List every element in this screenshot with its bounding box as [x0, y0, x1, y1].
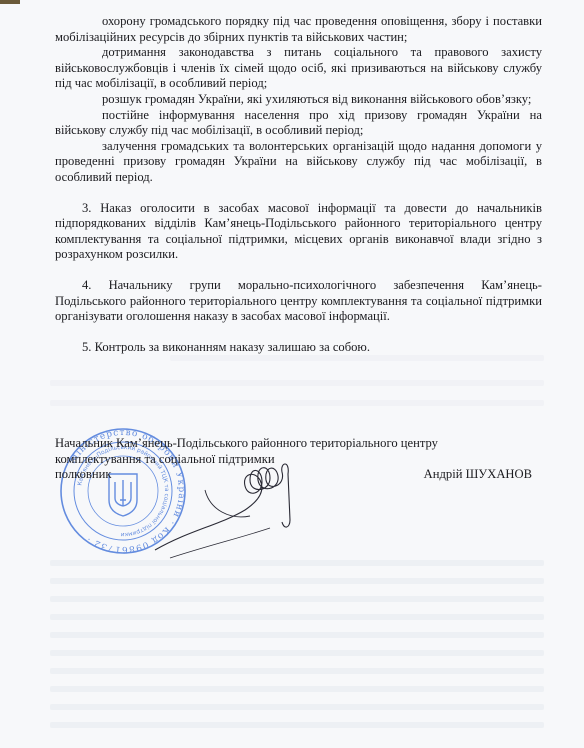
- bleed-through-line: [50, 560, 544, 566]
- bleed-through-line: [50, 380, 544, 386]
- list-item: залучення громадських та волонтерських о…: [55, 139, 542, 186]
- signatory-position: Начальник Кам’янець-Подільського районно…: [55, 436, 542, 452]
- bleed-through-line: [50, 650, 544, 656]
- bleed-through-line: [50, 686, 544, 692]
- list-item: постійне інформування населення про хід …: [55, 108, 542, 139]
- order-point-3: 3. Наказ оголосити в засобах масової інф…: [55, 201, 542, 263]
- scan-corner-mark: [0, 0, 20, 4]
- order-point-5: 5. Контроль за виконанням наказу залишаю…: [55, 340, 542, 356]
- document-body: охорону громадського порядку під час про…: [55, 14, 542, 355]
- bleed-through-line: [50, 400, 544, 406]
- list-item: розшук громадян України, які ухиляються …: [55, 92, 542, 108]
- bleed-through-line: [50, 614, 544, 620]
- bleed-through-line: [50, 704, 544, 710]
- list-item: охорону громадського порядку під час про…: [55, 14, 542, 45]
- list-item: дотримання законодавства з питань соціал…: [55, 45, 542, 92]
- signatory-name: Андрій ШУХАНОВ: [424, 467, 532, 483]
- bleed-through-line: [50, 632, 544, 638]
- bleed-through-line: [170, 355, 544, 361]
- signatory-rank: полковник: [55, 467, 111, 483]
- bleed-through-line: [50, 722, 544, 728]
- signatory-position-cont: комплектування та соціальної підтримки: [55, 452, 542, 468]
- bleed-through-line: [50, 668, 544, 674]
- bleed-through-line: [50, 596, 544, 602]
- signature-block: Начальник Кам’янець-Подільського районно…: [55, 436, 542, 483]
- bleed-through-line: [50, 578, 544, 584]
- order-point-4: 4. Начальнику групи морально-психологічн…: [55, 278, 542, 325]
